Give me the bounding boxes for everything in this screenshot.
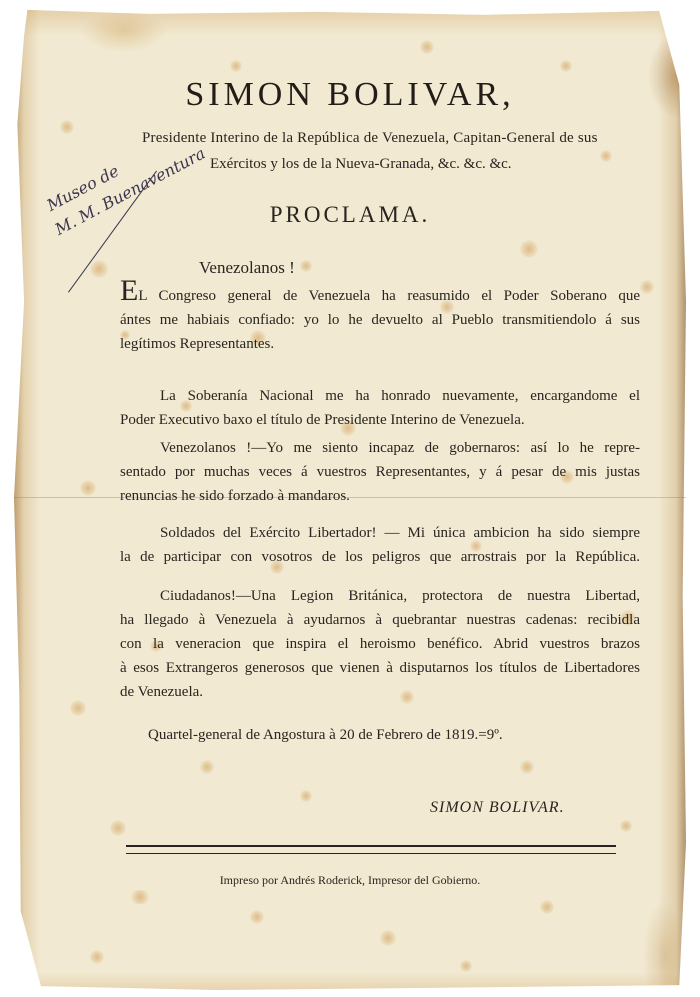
drop-cap: E — [120, 274, 138, 307]
paragraph-line: EL Congreso general de Venezuela ha reas… — [120, 281, 640, 308]
subtitle-line-2: Exércitos y los de la Nueva-Granada, &c.… — [210, 156, 512, 173]
paragraph-2: La Soberanía Nacional me ha honrado nuev… — [120, 384, 640, 432]
printer-imprint: Impreso por Andrés Roderick, Impresor de… — [0, 873, 700, 888]
paragraph-line: ántes me habiais confiado: yo lo he devu… — [120, 308, 640, 332]
subtitle-line-1: Presidente Interino de la República de V… — [142, 130, 598, 147]
proclamation-document: SIMON BOLIVAR, Presidente Interino de la… — [0, 0, 700, 997]
paragraph-5: Ciudadanos!—Una Legion Británica, protec… — [120, 584, 640, 704]
paragraph-line: Venezolanos !—Yo me siento incapaz de go… — [120, 436, 640, 460]
paragraph-line: ha llegado à Venezuela à ayudarnos à que… — [120, 608, 640, 632]
paragraph-line: de Venezuela. — [120, 680, 640, 704]
paragraph-line: legítimos Representantes. — [120, 332, 640, 356]
paragraph-line: La Soberanía Nacional me ha honrado nuev… — [120, 384, 640, 408]
paragraph-line: la de participar con vosotros de los pel… — [120, 545, 640, 569]
double-rule-divider — [126, 845, 616, 854]
paragraph-line: renuncias he sido forzado à mandaros. — [120, 484, 640, 508]
paragraph-line: con la veneracion que inspira el heroism… — [120, 632, 640, 656]
paragraph-3: Venezolanos !—Yo me siento incapaz de go… — [120, 436, 640, 508]
document-title: SIMON BOLIVAR, — [0, 76, 700, 114]
paragraph-1: EL Congreso general de Venezuela ha reas… — [120, 281, 640, 356]
paragraph-line: sentado por muchas veces á vuestros Repr… — [120, 460, 640, 484]
signature: SIMON BOLIVAR. — [430, 799, 565, 817]
salutation: Venezolanos ! — [199, 258, 295, 278]
paragraph-line: Ciudadanos!—Una Legion Británica, protec… — [120, 584, 640, 608]
paragraph-line: Soldados del Exército Libertador! — Mi ú… — [120, 521, 640, 545]
paragraph-4: Soldados del Exército Libertador! — Mi ú… — [120, 521, 640, 569]
paragraph-line: Poder Executivo baxo el título de Presid… — [120, 408, 640, 432]
dateline: Quartel-general de Angostura à 20 de Feb… — [148, 727, 503, 744]
paragraph-line: à esos Extrangeros generosos que vienen … — [120, 656, 640, 680]
